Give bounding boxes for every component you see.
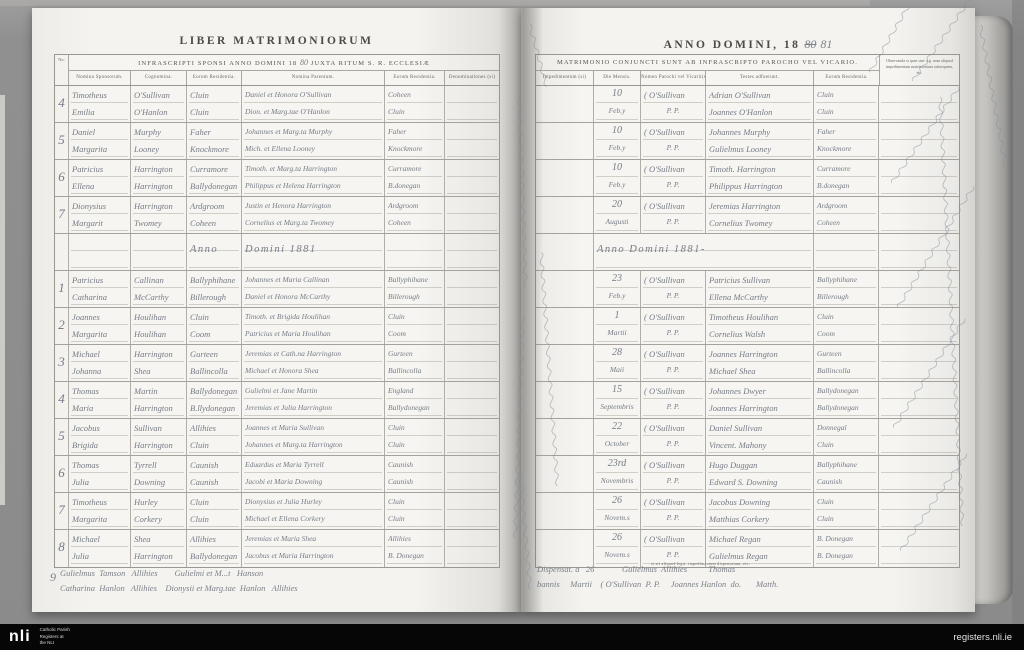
register-row: 3MichaelJohannaHarringtonSheaGurteenBall… <box>55 345 499 382</box>
right-header-main: MATRIMONIO CONJUNCTI SUNT AB INFRASCRIPT… <box>536 55 879 85</box>
register-cell: CluinCoom <box>814 308 879 344</box>
register-cell: BallydoneganB.llydonegan <box>187 382 242 418</box>
register-cell: HarringtonHarrington <box>131 160 187 196</box>
register-cell: DionysiusMargarit <box>69 197 131 233</box>
header-printed-text: JUXTA RITUM S. R. ECCLESIÆ <box>311 60 430 67</box>
register-cell <box>445 530 499 567</box>
register-cell: ( O'SullivanP. P. <box>641 308 706 344</box>
left-header-main: INFRASCRIPTI SPONSI ANNO DOMINI 18 80 JU… <box>69 55 499 85</box>
groom-surname: Harrington <box>131 160 186 177</box>
register-cell: BallydoneganBallydonegan <box>814 382 879 418</box>
register-cell: CaunishCaunish <box>187 456 242 492</box>
register-cell: Johannes et Maria CallinanDaniel et Hono… <box>242 271 385 307</box>
witness-name: Michael Shea <box>706 362 813 379</box>
groom-parents-residence: Ardgroom <box>385 197 444 214</box>
groom-name: Patricius <box>69 160 130 177</box>
bride-parents-residence: Cluin <box>385 436 444 453</box>
bride-surname: Twomey <box>131 214 186 231</box>
register-cell <box>536 419 594 455</box>
left-table-title-row: INFRASCRIPTI SPONSI ANNO DOMINI 18 80 JU… <box>69 55 499 71</box>
column-header: Eorum Residentia. <box>187 71 242 86</box>
register-cell <box>536 530 594 567</box>
groom-residence: Ballyphihane <box>187 271 241 288</box>
priest-signature: ( O'Sullivan <box>641 123 705 140</box>
register-cell: SheaHarrington <box>131 530 187 567</box>
witness-name: Edward S. Downing <box>706 473 813 490</box>
bride-name: Julia <box>69 473 130 490</box>
register-cell: Timotheus HoulihanCornelius Walsh <box>706 308 814 344</box>
priest-signature: ( O'Sullivan <box>641 382 705 399</box>
register-row: 4ThomasMariaMartinHarringtonBallydonegan… <box>55 382 499 419</box>
register-cell: AllihiesCluin <box>187 419 242 455</box>
groom-parents-residence: England <box>385 382 444 399</box>
groom-name: Jacobus <box>69 419 130 436</box>
groom-parents-residence: Faher <box>385 123 444 140</box>
witness-residence: Coom <box>814 325 878 342</box>
bride-name: Brigida <box>69 436 130 453</box>
bride-residence: Coom <box>187 325 241 342</box>
witness-name: Johannes Murphy <box>706 123 813 140</box>
footer-brand-line: Catholic Parish <box>40 627 70 634</box>
bride-name: Margarita <box>69 510 130 527</box>
register-row: 1Martii( O'SullivanP. P.Timotheus Houlih… <box>536 308 959 345</box>
register-cell <box>536 271 594 307</box>
bride-residence: Ballydonegan <box>187 177 241 194</box>
register-row: 6ThomasJuliaTyrrellDowningCaunishCaunish… <box>55 456 499 493</box>
column-header: Nomina Parentum. <box>242 71 385 86</box>
bride-name: Catharina <box>69 288 130 305</box>
witness-residence: Ballincolla <box>814 362 878 379</box>
right-page-title: ANNO DOMINI, 188081 <box>521 37 975 52</box>
header-printed-text: INFRASCRIPTI SPONSI ANNO DOMINI 18 <box>138 60 297 67</box>
register-cell <box>536 160 594 196</box>
groom-parents-residence: Caunish <box>385 456 444 473</box>
groom-parents: Timoth. et Marg.ta Harrington <box>242 160 384 177</box>
witness-residence: B. Donegan <box>814 530 878 547</box>
register-cell: SullivanHarrington <box>131 419 187 455</box>
marriage-day: 10 <box>594 123 640 140</box>
bride-residence: Billerough <box>187 288 241 305</box>
priest-signature: ( O'Sullivan <box>641 271 705 288</box>
register-cell: 28Maii <box>594 345 641 381</box>
bride-residence: Knockmore <box>187 140 241 157</box>
bride-parents-residence: Coom <box>385 325 444 342</box>
groom-name: Thomas <box>69 382 130 399</box>
margin-note-line: bannis Martii ( O'Sullivan P. P. Joannes… <box>537 579 778 589</box>
witness-residence: Gurteen <box>814 345 878 362</box>
bride-residence: Cluin <box>187 436 241 453</box>
register-cell: ( O'SullivanP. P. <box>641 345 706 381</box>
register-cell: ( O'SullivanP. P. <box>641 419 706 455</box>
register-cell: ( O'SullivanP. P. <box>641 382 706 418</box>
register-row: 22October( O'SullivanP. P.Daniel Sulliva… <box>536 419 959 456</box>
register-row: 2JoannesMargaritaHoulihanHoulihanCluinCo… <box>55 308 499 345</box>
register-cell: 5 <box>55 419 69 455</box>
register-cell <box>445 419 499 455</box>
entry-number: 3 <box>55 345 68 379</box>
right-table-body: 10Feb.y( O'SullivanP. P.Adrian O'Sulliva… <box>536 86 959 567</box>
register-cell <box>879 123 959 159</box>
register-row: Anno Domini 1881- <box>536 234 959 271</box>
groom-surname: Callinan <box>131 271 186 288</box>
register-cell: Hugo DugganEdward S. Downing <box>706 456 814 492</box>
priest-title: P. P. <box>641 362 705 379</box>
witness-residence: Faher <box>814 123 878 140</box>
bride-parents: Jeremias et Julia Harrington <box>242 399 384 416</box>
marriage-day: 20 <box>594 197 640 214</box>
register-cell <box>536 123 594 159</box>
marriage-month: October <box>594 436 640 453</box>
priest-title: P. P. <box>641 399 705 416</box>
left-register-table: No. INFRASCRIPTI SPONSI ANNO DOMINI 18 8… <box>54 54 500 568</box>
groom-parents: Dionysius et Julia Hurley <box>242 493 384 510</box>
register-cell: EnglandBallydonegan <box>385 382 445 418</box>
register-cell <box>879 86 959 122</box>
witness-residence: B.donegan <box>814 177 878 194</box>
register-cell: 10Feb.y <box>594 123 641 159</box>
register-cell <box>69 234 131 270</box>
register-cell: BallyphihaneBillerough <box>385 271 445 307</box>
priest-title: P. P. <box>641 288 705 305</box>
groom-name: Timotheus <box>69 86 130 103</box>
marriage-day: 26 <box>594 493 640 510</box>
register-cell <box>445 271 499 307</box>
groom-surname: Tyrrell <box>131 456 186 473</box>
priest-signature: ( O'Sullivan <box>641 160 705 177</box>
marriage-day: 26 <box>594 530 640 547</box>
bride-parents-residence: Cluin <box>385 103 444 120</box>
margin-note-line: Dispensat. a 26 Gulielmus Allihies Thoma… <box>537 564 735 574</box>
register-cell: 10Feb.y <box>594 160 641 196</box>
groom-surname: Houlihan <box>131 308 186 325</box>
bride-parents: Jacobi et Maria Downing <box>242 473 384 490</box>
register-cell: Joannes HarringtonMichael Shea <box>706 345 814 381</box>
register-cell: ArdgroomCoheen <box>187 197 242 233</box>
left-table-header: No. INFRASCRIPTI SPONSI ANNO DOMINI 18 8… <box>55 55 499 86</box>
groom-surname: Sullivan <box>131 419 186 436</box>
register-cell <box>536 308 594 344</box>
bride-parents: Dion. et Marg.tae O'Hanlon <box>242 103 384 120</box>
register-cell: 7 <box>55 197 69 233</box>
witness-name: Vincent. Mahony <box>706 436 813 453</box>
column-header: Testes adfuerunt. <box>706 71 814 86</box>
register-cell: ThomasJulia <box>69 456 131 492</box>
bride-name: Emilia <box>69 103 130 120</box>
margin-entry-line: Gulielmus Tamson Allihies Gulielmi et M.… <box>60 568 263 578</box>
bride-name: Julia <box>69 547 130 564</box>
bride-parents-residence: Coheen <box>385 214 444 231</box>
register-cell: ArdgroomCoheen <box>385 197 445 233</box>
witness-residence: Cluin <box>814 510 878 527</box>
groom-residence: Allihies <box>187 530 241 547</box>
header-year-handwritten: 80 <box>300 58 308 67</box>
witness-name: Timotheus Houlihan <box>706 308 813 325</box>
bride-parents: Michael et Honora Shea <box>242 362 384 379</box>
entry-number: 1 <box>55 271 68 305</box>
groom-parents-residence: Cluin <box>385 308 444 325</box>
margin-entry-number: 9 <box>50 570 56 585</box>
priest-signature: ( O'Sullivan <box>641 308 705 325</box>
bride-residence: Cluin <box>187 103 241 120</box>
title-year-handwritten: 81 <box>820 37 832 51</box>
footer-bar: nli Catholic Parish Registers at the NLI… <box>0 624 1024 650</box>
marriage-month: Novembris <box>594 473 640 490</box>
marriage-month: Novem.s <box>594 510 640 527</box>
register-cell: FaherKnockmore <box>187 123 242 159</box>
entry-number: 8 <box>55 530 68 564</box>
register-cell: Domini 1881 <box>242 234 385 270</box>
bride-surname: Harrington <box>131 547 186 564</box>
groom-parents-residence: Cluin <box>385 419 444 436</box>
groom-parents: Daniel et Honora O'Sullivan <box>242 86 384 103</box>
register-cell: Johannes MurphyGulielmus Looney <box>706 123 814 159</box>
register-row: 7TimotheusMargaritaHurleyCorkeryCluinClu… <box>55 493 499 530</box>
groom-name: Michael <box>69 345 130 362</box>
groom-residence: Cluin <box>187 308 241 325</box>
register-cell: FaherKnockmore <box>385 123 445 159</box>
register-cell: HurleyCorkery <box>131 493 187 529</box>
groom-residence: Gurteen <box>187 345 241 362</box>
register-cell: Anno <box>187 234 242 270</box>
register-cell <box>879 197 959 233</box>
register-cell: CoheenCluin <box>385 86 445 122</box>
witness-name: Joannes O'Hanlon <box>706 103 813 120</box>
marriage-month: Feb.y <box>594 103 640 120</box>
marriage-day: 22 <box>594 419 640 436</box>
title-printed-text: ANNO DOMINI, 18 <box>664 39 801 51</box>
left-page-title: LIBER MATRIMONIORUM <box>32 35 521 47</box>
footer-site-url: registers.nli.ie <box>953 632 1012 643</box>
marriage-day: 28 <box>594 345 640 362</box>
bride-surname: Harrington <box>131 436 186 453</box>
register-cell <box>445 86 499 122</box>
bride-parents: Philippus et Helena Harrington <box>242 177 384 194</box>
groom-parents-residence: Ballyphihane <box>385 271 444 288</box>
register-row: 10Feb.y( O'SullivanP. P.Johannes MurphyG… <box>536 123 959 160</box>
witness-residence: Cluin <box>814 103 878 120</box>
groom-surname: O'Sullivan <box>131 86 186 103</box>
groom-surname: Harrington <box>131 345 186 362</box>
register-cell: ( O'SullivanP. P. <box>641 493 706 529</box>
witness-residence: Cluin <box>814 308 878 325</box>
groom-name: Timotheus <box>69 493 130 510</box>
register-cell: Jeremias et Cath.na HarringtonMichael et… <box>242 345 385 381</box>
marriage-month: Martii <box>594 325 640 342</box>
bride-name: Johanna <box>69 362 130 379</box>
register-cell: BallyphihaneCaunish <box>814 456 879 492</box>
bride-residence: Ballydonegan <box>187 547 241 564</box>
witness-name: Philippus Harrington <box>706 177 813 194</box>
groom-residence: Ballydonegan <box>187 382 241 399</box>
marriage-day: 10 <box>594 160 640 177</box>
register-cell <box>445 308 499 344</box>
register-cell: Joannes et Maria SullivanJohannes et Mar… <box>242 419 385 455</box>
groom-parents: Eduardus et Maria Tyrrell <box>242 456 384 473</box>
bride-name: Ellena <box>69 177 130 194</box>
priest-signature: ( O'Sullivan <box>641 456 705 473</box>
register-row: 23Feb.y( O'SullivanP. P.Patricius Sulliv… <box>536 271 959 308</box>
bride-name: Margarita <box>69 325 130 342</box>
register-cell: 5 <box>55 123 69 159</box>
priest-signature: ( O'Sullivan <box>641 86 705 103</box>
page-stack-edge <box>973 16 1013 604</box>
bride-parents: Daniel et Honora McCarthy <box>242 288 384 305</box>
witness-residence: Coheen <box>814 214 878 231</box>
register-cell: ( O'SullivanP. P. <box>641 123 706 159</box>
entry-number: 2 <box>55 308 68 342</box>
register-cell <box>536 493 594 529</box>
title-year-struck: 80 <box>804 37 816 51</box>
register-cell: CluinCluin <box>385 419 445 455</box>
entry-number: 4 <box>55 86 68 120</box>
register-row: 28Maii( O'SullivanP. P.Joannes Harringto… <box>536 345 959 382</box>
witness-name: Michael Regan <box>706 530 813 547</box>
witness-residence: Billerough <box>814 288 878 305</box>
priest-signature: ( O'Sullivan <box>641 345 705 362</box>
register-cell: MartinHarrington <box>131 382 187 418</box>
register-row: 15Septembris( O'SullivanP. P.Johannes Dw… <box>536 382 959 419</box>
marriage-day: 15 <box>594 382 640 399</box>
bride-parents-residence: Ballydonegan <box>385 399 444 416</box>
register-row: 1PatriciusCatharinaCallinanMcCarthyBally… <box>55 271 499 308</box>
register-cell: FaherKnockmore <box>814 123 879 159</box>
column-header: Nomina Sponsorum. <box>69 71 131 86</box>
register-cell: Daniel et Honora O'SullivanDion. et Marg… <box>242 86 385 122</box>
witness-name: Daniel Sullivan <box>706 419 813 436</box>
groom-parents: Justin et Henora Harrington <box>242 197 384 214</box>
register-cell <box>879 419 959 455</box>
witness-residence: Curramore <box>814 160 878 177</box>
register-cell <box>445 197 499 233</box>
register-cell: DanielMargarita <box>69 123 131 159</box>
register-cell: Jeremias HarringtonCornelius Twomey <box>706 197 814 233</box>
bride-residence: B.llydonegan <box>187 399 241 416</box>
witness-residence: Cluin <box>814 436 878 453</box>
register-row: AnnoDomini 1881 <box>55 234 499 271</box>
register-cell: 8 <box>55 530 69 567</box>
register-cell: CluinCluin <box>385 493 445 529</box>
witness-residence: B. Donegan <box>814 547 878 564</box>
right-column-headers: Impedimentum (si)Die Mensis.Nomen Paroch… <box>536 71 879 86</box>
entry-number: 5 <box>55 123 68 157</box>
groom-parents: Joannes et Maria Sullivan <box>242 419 384 436</box>
bride-parents-residence: Caunish <box>385 473 444 490</box>
priest-title: P. P. <box>641 325 705 342</box>
bride-parents-residence: Billerough <box>385 288 444 305</box>
bride-surname: McCarthy <box>131 288 186 305</box>
register-cell: GurteenBallincolla <box>187 345 242 381</box>
witness-name: Matthias Corkery <box>706 510 813 527</box>
register-row: 23rdNovembris( O'SullivanP. P.Hugo Dugga… <box>536 456 959 493</box>
scanned-register-photo: LIBER MATRIMONIORUM No. INFRASCRIPTI SPO… <box>0 0 1024 650</box>
register-cell: 10Feb.y <box>594 86 641 122</box>
register-cell <box>536 234 594 270</box>
bride-parents-residence: B.donegan <box>385 177 444 194</box>
register-cell: 4 <box>55 86 69 122</box>
register-cell: Timoth. et Marg.ta HarringtonPhilippus e… <box>242 160 385 196</box>
entry-number: 7 <box>55 493 68 527</box>
register-cell: AllihiesB. Donegan <box>385 530 445 567</box>
bride-parents: Jacobus et Maria Harrington <box>242 547 384 564</box>
witness-residence: Ardgroom <box>814 197 878 214</box>
register-cell: ( O'SullivanP. P. <box>641 456 706 492</box>
witness-residence: Ballyphihane <box>814 456 878 473</box>
register-cell <box>536 382 594 418</box>
register-cell <box>879 530 959 567</box>
register-cell <box>445 456 499 492</box>
register-cell: CaunishCaunish <box>385 456 445 492</box>
marriage-month: Novem.s <box>594 547 640 564</box>
bride-surname: Looney <box>131 140 186 157</box>
column-header: Impedimentum (si) <box>536 71 594 86</box>
groom-residence: Curramore <box>187 160 241 177</box>
register-cell: 6 <box>55 160 69 196</box>
bride-name: Margarita <box>69 140 130 157</box>
register-cell: 26Novem.s <box>594 493 641 529</box>
bride-residence: Coheen <box>187 214 241 231</box>
right-table-title-row: MATRIMONIO CONJUNCTI SUNT AB INFRASCRIPT… <box>536 55 879 71</box>
marriage-day: 23 <box>594 271 640 288</box>
register-cell: JacobusBrigida <box>69 419 131 455</box>
marriage-month: Septembris <box>594 399 640 416</box>
register-row: 10Feb.y( O'SullivanP. P.Adrian O'Sulliva… <box>536 86 959 123</box>
witness-residence: Ballyphihane <box>814 271 878 288</box>
register-cell: GurteenBallincolla <box>814 345 879 381</box>
register-cell: ( O'SullivanP. P. <box>641 86 706 122</box>
register-cell <box>879 234 959 270</box>
register-row: 4TimotheusEmiliaO'SullivanO'HanlonCluinC… <box>55 86 499 123</box>
register-cell: ( O'SullivanP. P. <box>641 197 706 233</box>
register-cell <box>131 234 187 270</box>
register-cell: Patricius SullivanEllena McCarthy <box>706 271 814 307</box>
right-page: ANNO DOMINI, 188081 MATRIMONIO CONJUNCTI… <box>521 8 975 612</box>
register-cell: 3 <box>55 345 69 381</box>
register-cell: 26Novem.s <box>594 530 641 567</box>
register-cell: 1Martii <box>594 308 641 344</box>
witness-residence: Cluin <box>814 86 878 103</box>
register-cell: HarringtonShea <box>131 345 187 381</box>
priest-signature: ( O'Sullivan <box>641 530 705 547</box>
register-row: 5DanielMargaritaMurphyLooneyFaherKnockmo… <box>55 123 499 160</box>
witness-residence: Cluin <box>814 493 878 510</box>
footer-brand-line: the NLI <box>40 640 70 647</box>
register-cell <box>879 382 959 418</box>
register-cell: CluinCluin <box>814 493 879 529</box>
register-cell: Adrian O'SullivanJoannes O'Hanlon <box>706 86 814 122</box>
priest-title: P. P. <box>641 177 705 194</box>
register-cell: 23rdNovembris <box>594 456 641 492</box>
register-cell: ThomasMaria <box>69 382 131 418</box>
bride-parents: Patricius et Maria Houlihan <box>242 325 384 342</box>
register-cell: TimotheusMargarita <box>69 493 131 529</box>
register-cell: 7 <box>55 493 69 529</box>
register-cell: MichaelJohanna <box>69 345 131 381</box>
register-cell: Johannes DwyerJoannes Harrington <box>706 382 814 418</box>
register-cell: AllihiesBallydonegan <box>187 530 242 567</box>
marriage-month: Maii <box>594 362 640 379</box>
column-header: Nomen Parochi vel Vicarii(s). <box>641 71 706 86</box>
groom-name: Dionysius <box>69 197 130 214</box>
priest-signature: ( O'Sullivan <box>641 419 705 436</box>
priest-title: P. P. <box>641 473 705 490</box>
register-row: 20Augusti( O'SullivanP. P.Jeremias Harri… <box>536 197 959 234</box>
register-cell: 2 <box>55 308 69 344</box>
groom-surname: Martin <box>131 382 186 399</box>
register-row: 10Feb.y( O'SullivanP. P.Timoth. Harringt… <box>536 160 959 197</box>
register-cell: TyrrellDowning <box>131 456 187 492</box>
groom-parents-residence: Cluin <box>385 493 444 510</box>
entry-number: 7 <box>55 197 68 231</box>
